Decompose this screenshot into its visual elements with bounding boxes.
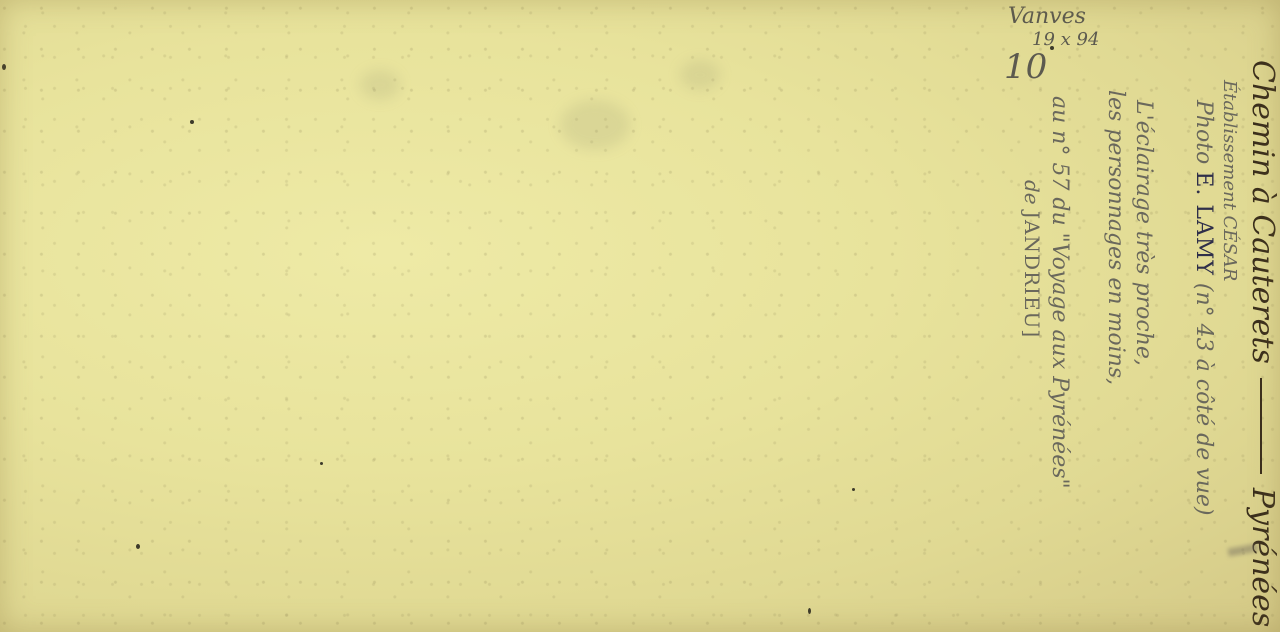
speck [852, 488, 855, 491]
title-line: Chemin à CauteretsPyrénées [1245, 60, 1280, 627]
stain [360, 70, 400, 100]
pencil-smudge [1228, 543, 1259, 556]
speck [808, 608, 811, 614]
catalog-note: (n° 43 à côté de vue) [1191, 283, 1216, 516]
corner-dimensions: 19 x 94 [1032, 29, 1099, 50]
title-separator [1260, 378, 1262, 474]
speck [1050, 46, 1054, 50]
author-prefix: de [1020, 180, 1044, 205]
lighting-line: L'éclairage très proche, [1131, 100, 1156, 366]
photo-prefix: Photo [1191, 100, 1216, 164]
corner-number: 10 [1004, 50, 1099, 84]
establishment-line: Établissement CÉSAR [1219, 80, 1240, 281]
corner-pencil-note: Vanves 19 x 94 10 [1008, 4, 1099, 84]
figures-line: les personnages en moins, [1103, 90, 1128, 385]
voyage-line: au n° 57 du "Voyage aux Pyrénées" [1047, 96, 1072, 489]
stain [680, 60, 720, 90]
author-line: de JANDRIEU] [1020, 180, 1044, 338]
speck [2, 64, 6, 70]
title-left: Chemin à Cauterets [1245, 60, 1280, 364]
stain [560, 100, 630, 150]
author-name: JANDRIEU] [1020, 211, 1044, 338]
speck [190, 120, 194, 124]
speck [136, 544, 140, 549]
title-right: Pyrénées [1245, 488, 1280, 627]
speck [320, 462, 323, 465]
photographer-name: E. LAMY [1191, 171, 1216, 276]
photographer-line: Photo E. LAMY (n° 43 à côté de vue) [1191, 100, 1216, 515]
corner-place: Vanves [1008, 4, 1099, 29]
card-back-scan: Vanves 19 x 94 10 Chemin à CauteretsPyré… [0, 0, 1280, 632]
